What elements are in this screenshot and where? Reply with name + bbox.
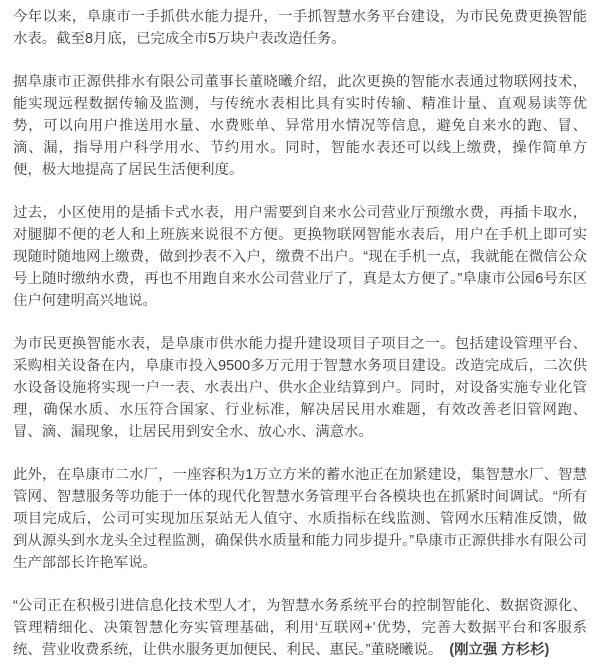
paragraph-intro: 今年以来，阜康市一手抓供水能力提升，一手抓智慧水务平台建设，为市民免费更换智能水… [13,6,587,50]
byline: (刚立强 方杉杉) [449,642,549,658]
paragraph-resident-quote: 过去，小区使用的是插卡式水表，用户需要到自来水公司营业厅预缴水费，再插卡取水，对… [13,202,587,312]
paragraph-smart-meter-features: 据阜康市正源供排水有限公司董事长董晓曦介绍，此次更换的智能水表通过物联网技术，能… [13,71,587,181]
article-body: 今年以来，阜康市一手抓供水能力提升，一手抓智慧水务平台建设，为市民免费更换智能水… [0,0,600,661]
paragraph-closing-quote: “公司正在积极引进信息化技术型人才，为智慧水务系统平台的控制智能化、数据资源化、… [13,595,587,661]
paragraph-project-investment: 为市民更换智能水表，是阜康市供水能力提升建设项目子项目之一。包括建设管理平台、采… [13,333,587,443]
paragraph-water-plant: 此外，在阜康市二水厂，一座容积为1万立方米的蓄水池正在加紧建设，集智慧水厂、智慧… [13,464,587,574]
